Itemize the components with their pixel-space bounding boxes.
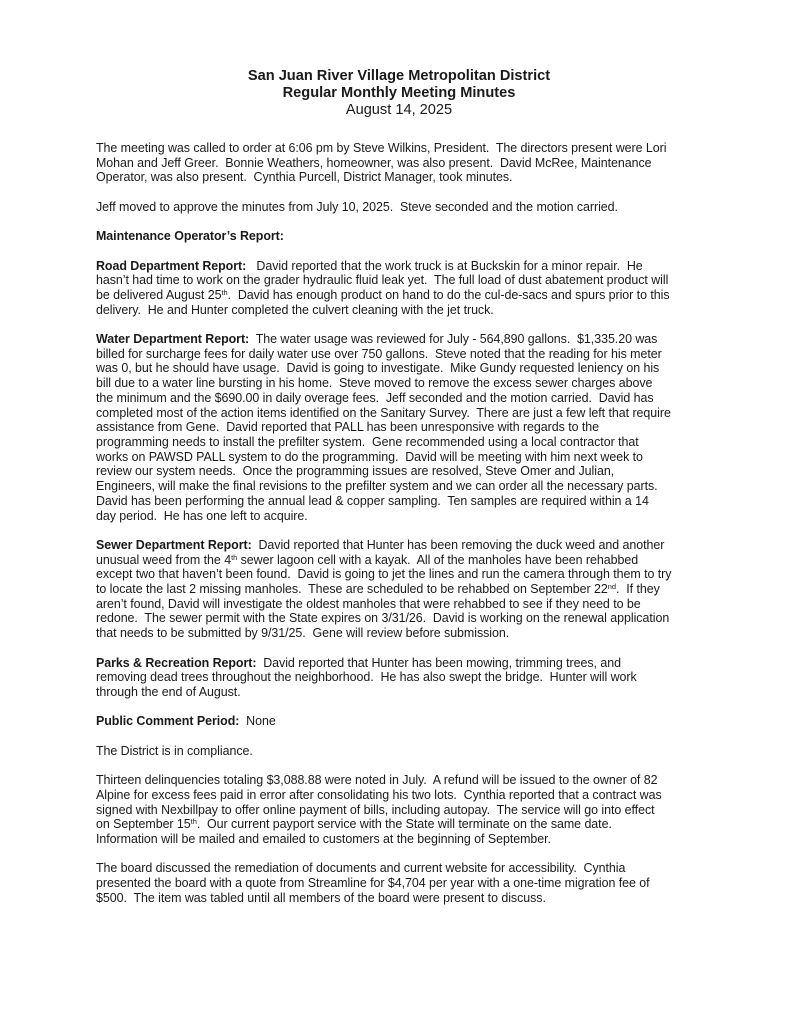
paragraph-line: Engineers, will make the final revisions… <box>96 479 706 494</box>
section-label: Water Department Report: <box>96 332 249 346</box>
line-text: on September 15 <box>96 817 191 831</box>
maintenance-report-heading: Maintenance Operator’s Report: <box>96 229 706 244</box>
paragraph-line: programming needs to install the prefilt… <box>96 435 706 450</box>
finance-paragraph: Thirteen delinquencies totaling $3,088.8… <box>96 773 706 847</box>
paragraph-line: presented the board with a quote from St… <box>96 876 706 891</box>
paragraph-line: Public Comment Period: None <box>96 714 706 729</box>
document-page: San Juan River Village Metropolitan Dist… <box>96 68 706 920</box>
paragraph-line: Operator, was also present. Cynthia Purc… <box>96 170 706 185</box>
paragraph-line: Sewer Department Report: David reported … <box>96 538 706 553</box>
ordinal-suffix: nd <box>608 582 616 591</box>
line-text: to locate the last 2 missing manholes. T… <box>96 582 608 596</box>
public-comment-period: Public Comment Period: None <box>96 714 706 729</box>
line-text: David reported that Hunter has been remo… <box>252 538 665 552</box>
paragraph-line: except two that haven’t been found. Davi… <box>96 567 706 582</box>
section-label: Parks & Recreation Report: <box>96 656 256 670</box>
line-text: sewer lagoon cell with a kayak. All of t… <box>237 553 638 567</box>
organization-name: San Juan River Village Metropolitan Dist… <box>94 68 704 85</box>
approval-of-minutes-paragraph: Jeff moved to approve the minutes from J… <box>96 200 706 215</box>
paragraph-line: Thirteen delinquencies totaling $3,088.8… <box>96 773 706 788</box>
paragraph-line: David has been performing the annual lea… <box>96 494 706 509</box>
paragraph-line: The District is in compliance. <box>96 744 706 759</box>
line-text: be delivered August 25 <box>96 288 221 302</box>
water-department-report: Water Department Report: The water usage… <box>96 332 706 523</box>
document-title: Regular Monthly Meeting Minutes <box>94 85 704 102</box>
paragraph-line: The meeting was called to order at 6:06 … <box>96 141 706 156</box>
line-text: unusual weed from the 4 <box>96 553 231 567</box>
line-text: . Our current payport service with the S… <box>197 817 612 831</box>
paragraph-line: removing dead trees throughout the neigh… <box>96 670 706 685</box>
parks-recreation-report: Parks & Recreation Report: David reporte… <box>96 656 706 700</box>
paragraph-line: was 0, but he should have usage. David i… <box>96 361 706 376</box>
paragraph-line: signed with Nexbillpay to offer online p… <box>96 803 706 818</box>
paragraph-line: be delivered August 25th. David has enou… <box>96 288 706 303</box>
paragraph-line: unusual weed from the 4th sewer lagoon c… <box>96 553 706 568</box>
paragraph-line: the minimum and the $690.00 in daily ove… <box>96 391 706 406</box>
paragraph-line: aren’t found, David will investigate the… <box>96 597 706 612</box>
paragraph-line: Parks & Recreation Report: David reporte… <box>96 656 706 671</box>
road-department-report: Road Department Report: David reported t… <box>96 259 706 318</box>
minutes-body: The meeting was called to order at 6:06 … <box>96 141 706 905</box>
compliance-paragraph: The District is in compliance. <box>96 744 706 759</box>
paragraph-line: Road Department Report: David reported t… <box>96 259 706 274</box>
paragraph-line: $500. The item was tabled until all memb… <box>96 891 706 906</box>
paragraph-line: hasn’t had time to work on the grader hy… <box>96 273 706 288</box>
paragraph-line: Jeff moved to approve the minutes from J… <box>96 200 706 215</box>
call-to-order-paragraph: The meeting was called to order at 6:06 … <box>96 141 706 185</box>
paragraph-line: The board discussed the remediation of d… <box>96 861 706 876</box>
paragraph-line: review our system needs. Once the progra… <box>96 464 706 479</box>
paragraph-line: day period. He has one left to acquire. <box>96 509 706 524</box>
line-text: . David has enough product on hand to do… <box>228 288 670 302</box>
line-text: The water usage was reviewed for July - … <box>249 332 657 346</box>
paragraph-line: Information will be mailed and emailed t… <box>96 832 706 847</box>
accessibility-paragraph: The board discussed the remediation of d… <box>96 861 706 905</box>
paragraph-line: that needs to be submitted by 9/31/25. G… <box>96 626 706 641</box>
line-text: David reported that Hunter has been mowi… <box>256 656 621 670</box>
section-label: Road Department Report: <box>96 259 246 273</box>
paragraph-line: completed most of the action items ident… <box>96 406 706 421</box>
paragraph-line: on September 15th. Our current payport s… <box>96 817 706 832</box>
document-header: San Juan River Village Metropolitan Dist… <box>94 68 704 119</box>
paragraph-line: delivery. He and Hunter completed the cu… <box>96 303 706 318</box>
paragraph-line: through the end of August. <box>96 685 706 700</box>
paragraph-line: bill due to a water line bursting in his… <box>96 376 706 391</box>
paragraph-line: works on PAWSD PALL system to do the pro… <box>96 450 706 465</box>
section-heading: Maintenance Operator’s Report: <box>96 229 706 244</box>
paragraph-line: Mohan and Jeff Greer. Bonnie Weathers, h… <box>96 156 706 171</box>
public-comment-value: None <box>239 714 275 728</box>
section-label: Public Comment Period: <box>96 714 239 728</box>
paragraph-line: Alpine for excess fees paid in error aft… <box>96 788 706 803</box>
paragraph-line: Water Department Report: The water usage… <box>96 332 706 347</box>
section-label: Sewer Department Report: <box>96 538 252 552</box>
meeting-date: August 14, 2025 <box>94 102 704 119</box>
paragraph-line: redone. The sewer permit with the State … <box>96 611 706 626</box>
line-text: . If they <box>616 582 660 596</box>
paragraph-line: to locate the last 2 missing manholes. T… <box>96 582 706 597</box>
sewer-department-report: Sewer Department Report: David reported … <box>96 538 706 641</box>
paragraph-line: billed for surcharge fees for daily wate… <box>96 347 706 362</box>
paragraph-line: assistance from Gene. David reported tha… <box>96 420 706 435</box>
line-text: David reported that the work truck is at… <box>246 259 642 273</box>
